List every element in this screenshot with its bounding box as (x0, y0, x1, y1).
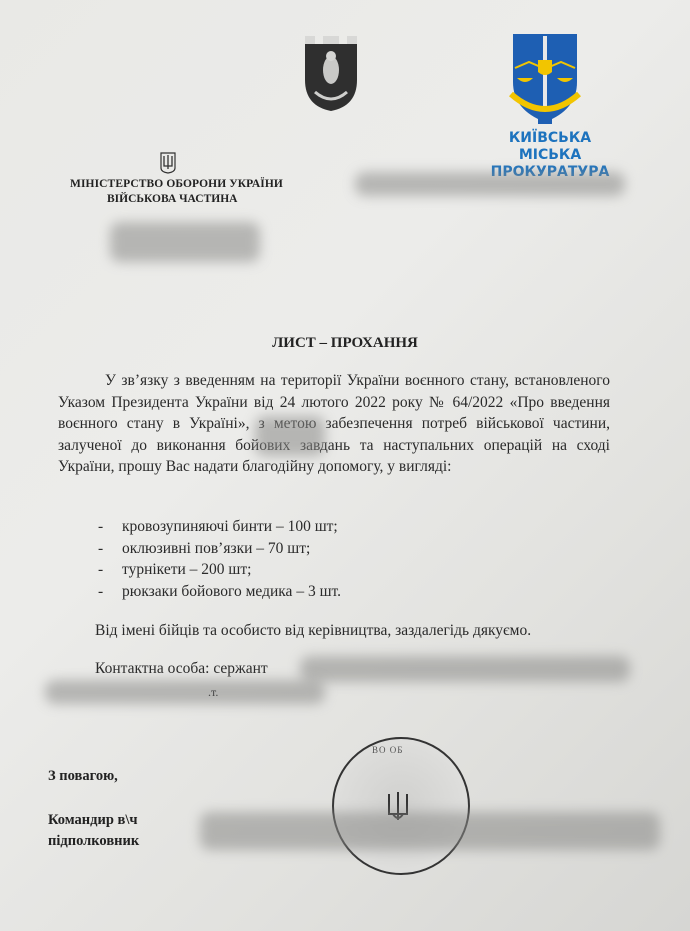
request-paragraph: У зв’язку з введенням на території Украї… (58, 370, 610, 478)
ministry-name: МІНІСТЕРСТВО ОБОРОНИ УКРАЇНИ (70, 178, 283, 190)
signatory-title: Командир в\ч (48, 812, 138, 829)
watermark-line: КИЇВСЬКА (490, 130, 610, 147)
city-coat-of-arms-icon (303, 36, 359, 112)
redacted-unit-number (110, 222, 260, 262)
military-unit-label: ВІЙСЬКОВА ЧАСТИНА (107, 193, 237, 205)
thanks-line: Від імені бійців та особисто від керівни… (95, 622, 531, 640)
list-item: турнікети – 200 шт; (96, 559, 341, 581)
prosecutor-emblem-icon (505, 30, 585, 130)
redacted-contact-name (300, 656, 630, 682)
signatory-rank: підполковник (48, 833, 139, 850)
list-item: оклюзивні пов’язки – 70 шт; (96, 538, 341, 560)
requested-items-list: кровозупиняючі бинти – 100 шт; оклюзивні… (96, 516, 341, 602)
document-title: ЛИСТ – ПРОХАННЯ (0, 335, 690, 352)
redacted-signature (200, 812, 660, 850)
redacted-contact-phone (45, 680, 325, 704)
redacted-unit-in-text (255, 416, 325, 456)
redacted-recipient (355, 172, 625, 196)
closing-regards: З повагою, (48, 768, 118, 785)
stamp-text: ВО ОБ (372, 745, 403, 755)
list-item: кровозупиняючі бинти – 100 шт; (96, 516, 341, 538)
contact-phone-fragment: .т. (208, 685, 218, 700)
list-item: рюкзаки бойового медика – 3 шт. (96, 581, 341, 603)
trident-icon (160, 152, 176, 174)
watermark-line: МІСЬКА (490, 147, 610, 164)
contact-person: Контактна особа: сержант (95, 660, 268, 678)
